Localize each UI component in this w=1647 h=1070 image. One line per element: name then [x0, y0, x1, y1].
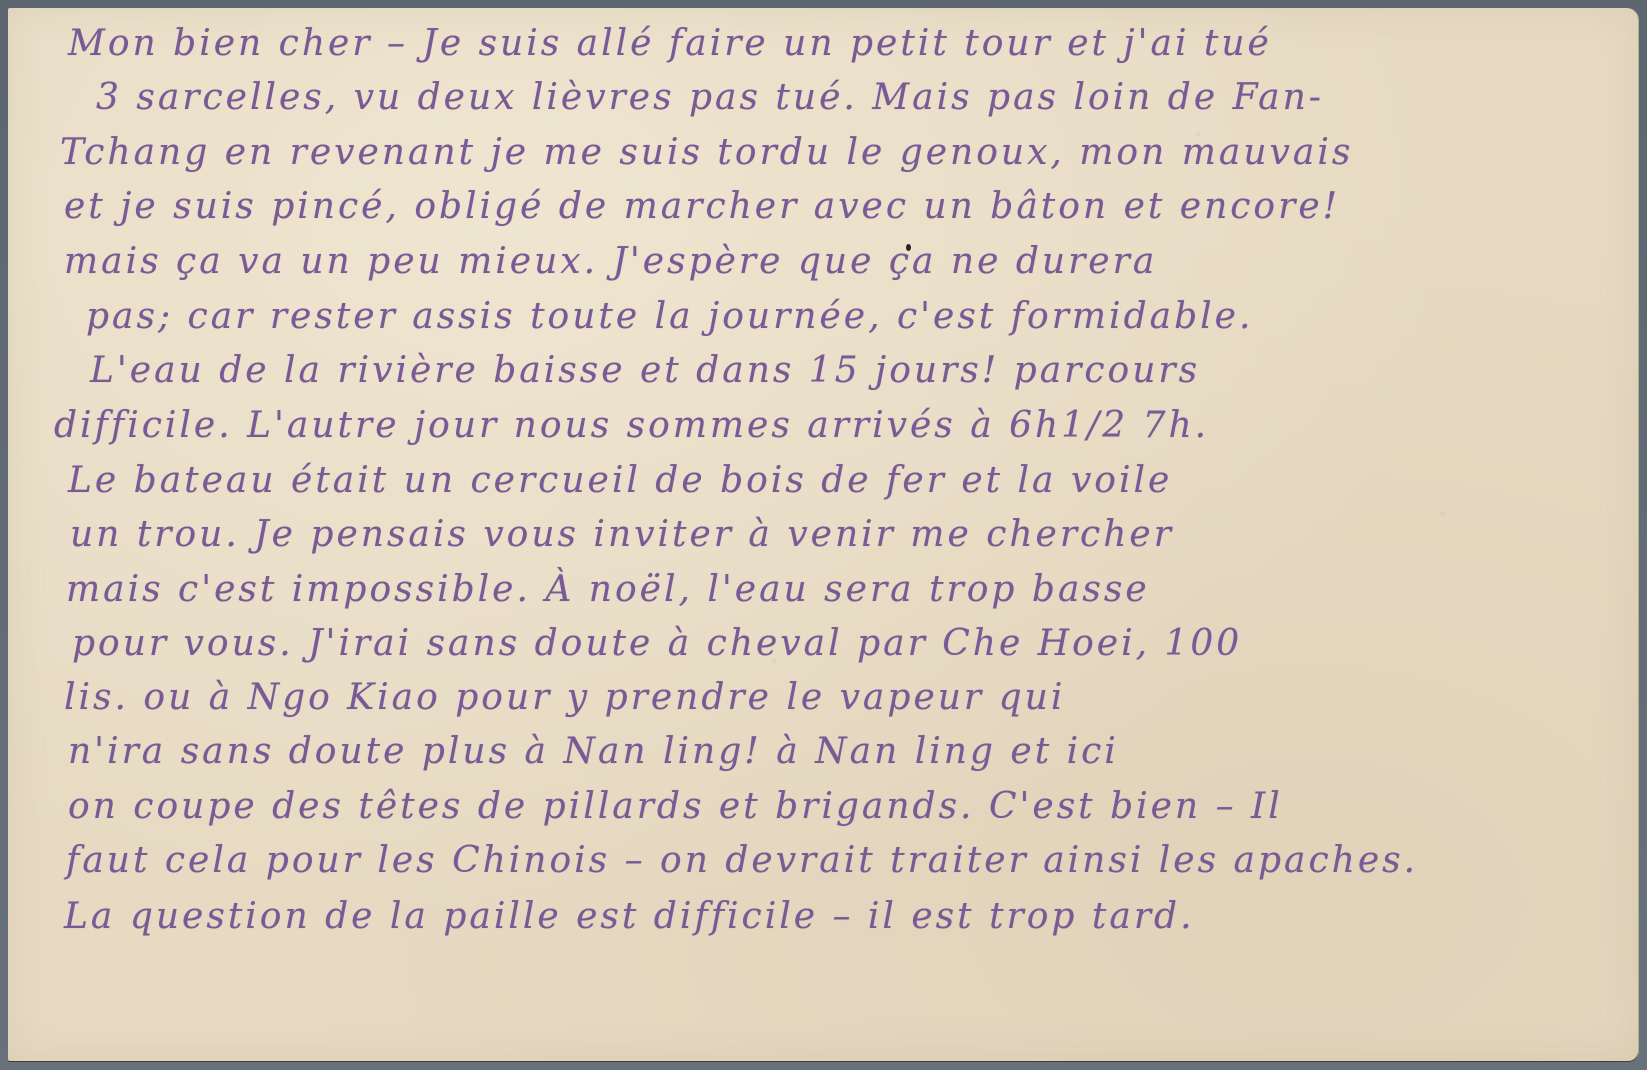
ink-speck: [906, 244, 911, 251]
handwritten-line: Mon bien cher – Je suis allé faire un pe…: [68, 26, 1272, 62]
handwritten-line: mais ça va un peu mieux. J'espère que ça…: [64, 244, 1157, 280]
handwritten-line: Le bateau était un cercueil de bois de f…: [68, 463, 1172, 499]
handwritten-line: difficile. L'autre jour nous sommes arri…: [54, 408, 1209, 444]
handwritten-line: et je suis pincé, obligé de marcher avec…: [64, 189, 1340, 225]
postcard: Mon bien cher – Je suis allé faire un pe…: [8, 8, 1638, 1061]
handwritten-line: on coupe des têtes de pillards et brigan…: [68, 789, 1283, 825]
handwritten-line: La question de la paille est difficile –…: [64, 899, 1195, 935]
handwritten-line: mais c'est impossible. À noël, l'eau ser…: [66, 572, 1150, 608]
handwritten-line: n'ira sans doute plus à Nan ling! à Nan …: [68, 734, 1119, 770]
handwritten-line: pour vous. J'irai sans doute à cheval pa…: [72, 626, 1242, 662]
handwritten-line: L'eau de la rivière baisse et dans 15 jo…: [90, 353, 1200, 389]
handwritten-line: lis. ou à Ngo Kiao pour y prendre le vap…: [64, 680, 1065, 716]
handwritten-line: Tchang en revenant je me suis tordu le g…: [60, 135, 1353, 171]
handwritten-line: faut cela pour les Chinois – on devrait …: [66, 843, 1418, 879]
handwritten-line: un trou. Je pensais vous inviter à venir…: [70, 517, 1174, 553]
handwritten-line: 3 sarcelles, vu deux lièvres pas tué. Ma…: [96, 80, 1324, 116]
handwritten-line: pas; car rester assis toute la journée, …: [86, 299, 1253, 335]
